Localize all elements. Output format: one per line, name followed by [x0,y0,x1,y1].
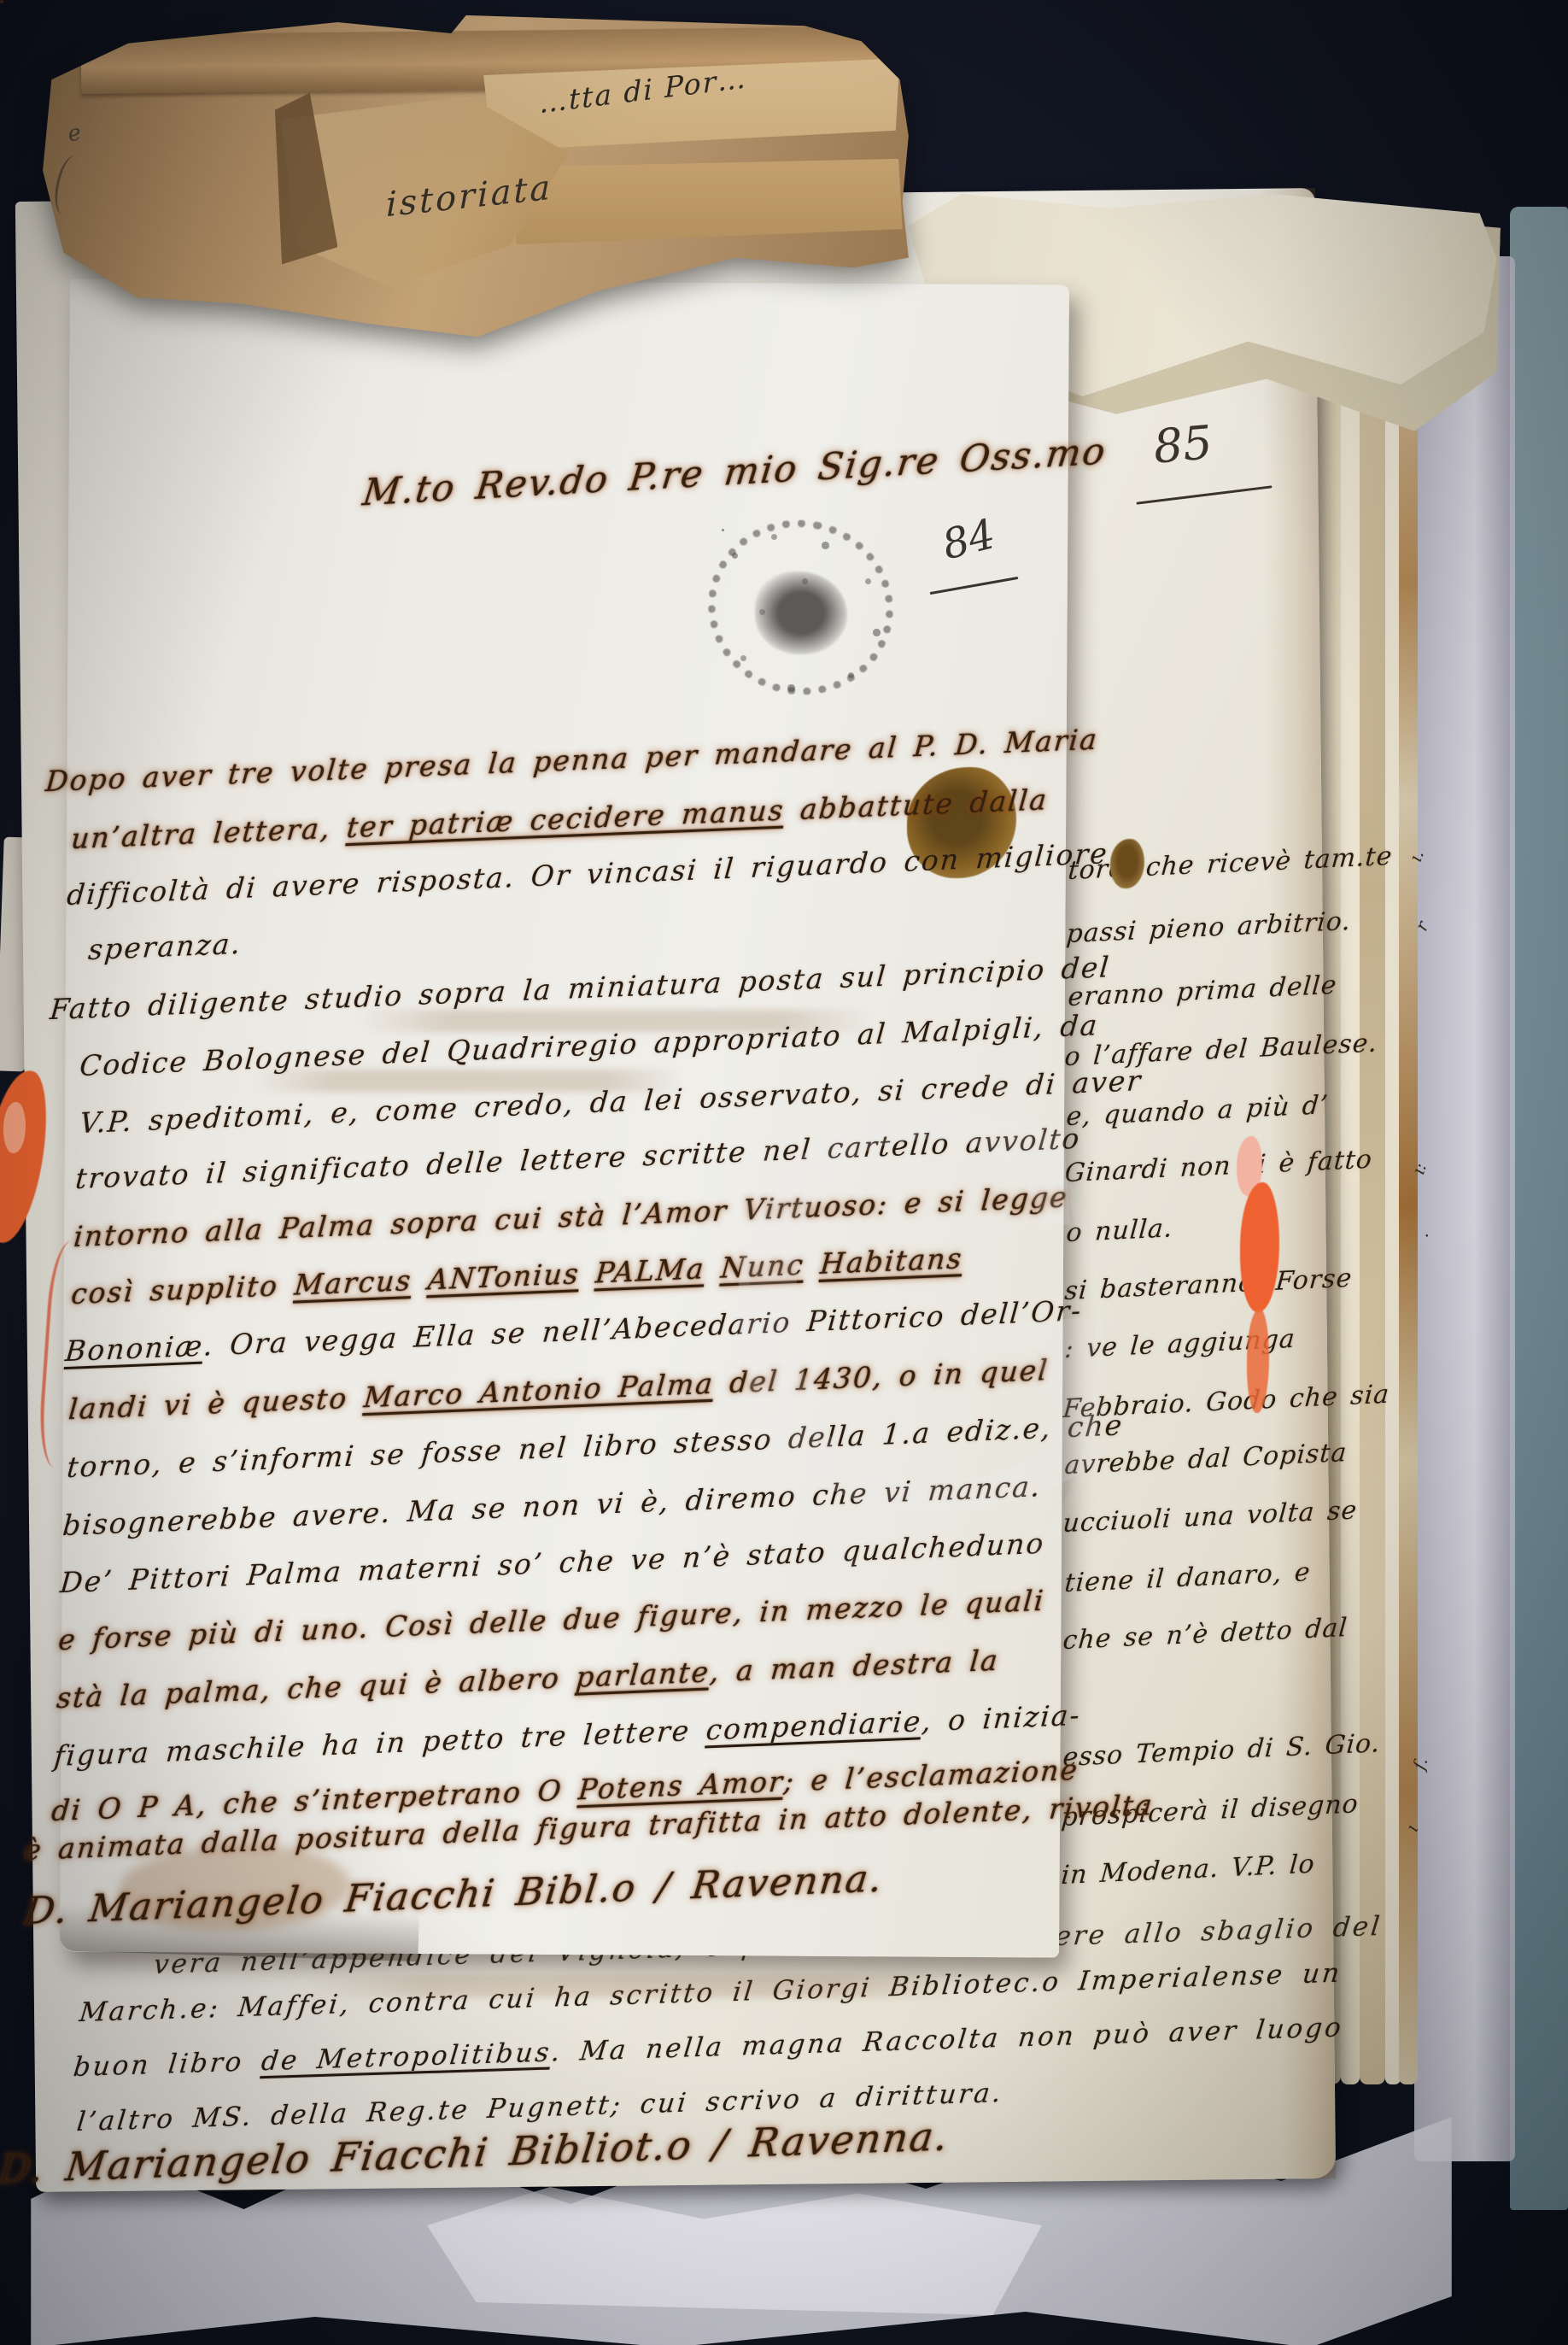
letter-line: speranza. [87,927,243,966]
folio-number-85: 85 [1151,415,1214,474]
show-through-smudge [307,1975,957,1997]
book-cover-edge [1510,207,1568,2210]
envelope-pencil-squiggle [50,154,87,217]
stamp-speckles [722,529,724,531]
envelope-body: …tta di Por… istoriata e [41,14,914,343]
foxing-speckles [0,0,3,3]
archival-photo-scene: M.to Rev.do P.re mio Sig.re Oss.mo 85 to… [0,0,1568,2345]
envelope-pencil-mark: e [66,120,83,148]
tissue-paper-right [1414,256,1515,2161]
envelope-fold-band-2 [512,159,903,244]
kraft-envelope: …tta di Por… istoriata e [41,14,914,343]
ink-stamp [705,517,897,698]
